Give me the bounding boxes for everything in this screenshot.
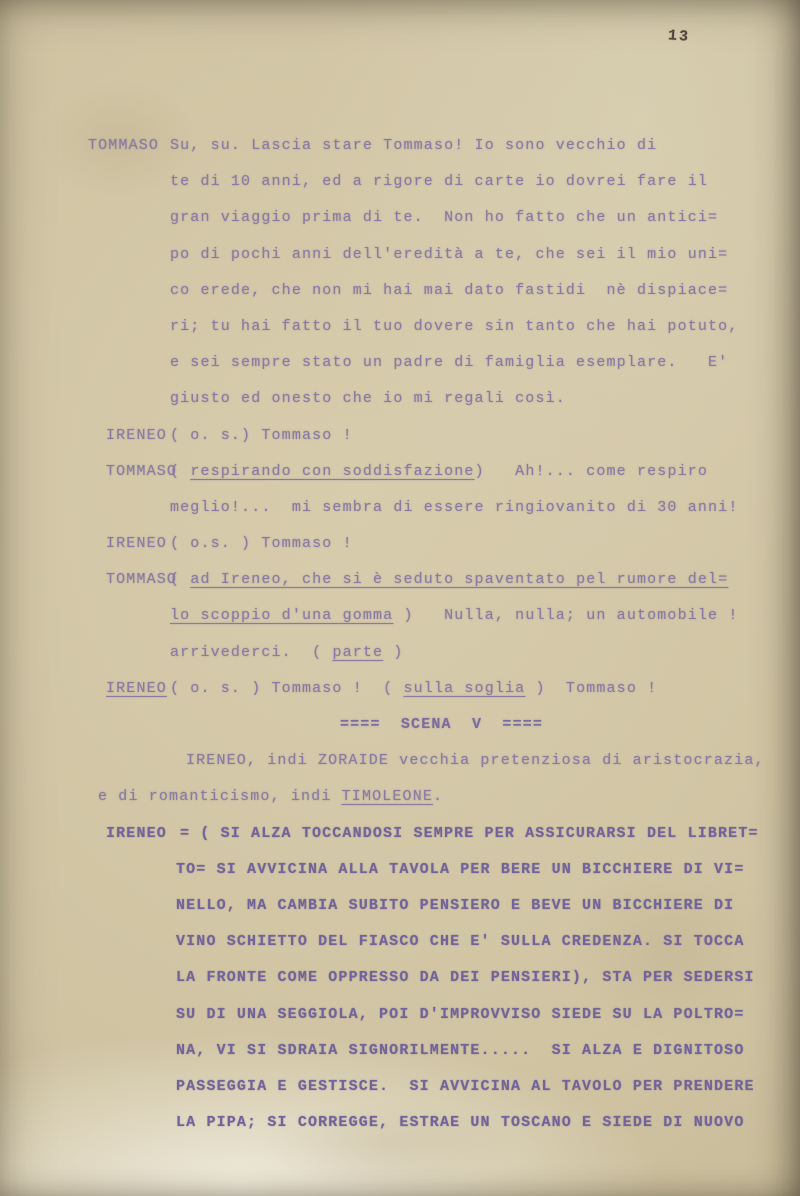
script-line: te di 10 anni, ed a rigore di carte io d… (0, 164, 800, 200)
line-text: giusto ed onesto che io mi regali così. (170, 381, 800, 417)
speaker-name: IRENEO (106, 418, 167, 454)
line-text: ( o. s.) Tommaso ! (170, 418, 800, 454)
line-text: po di pochi anni dell'eredità a te, che … (170, 237, 800, 273)
underlined-text: TIMOLEONE (342, 788, 433, 805)
script-line: LA FRONTE COME OPPRESSO DA DEI PENSIERI)… (0, 960, 800, 996)
script-line: TO= SI AVVICINA ALLA TAVOLA PER BERE UN … (0, 852, 800, 888)
line-text: te di 10 anni, ed a rigore di carte io d… (170, 164, 800, 200)
plain-text: ri; tu hai fatto il tuo dovere sin tanto… (170, 318, 738, 335)
plain-text: NELLO, MA CAMBIA SUBITO PENSIERO E BEVE … (176, 897, 734, 914)
line-text: meglio!... mi sembra di essere ringiovan… (170, 490, 800, 526)
script-line: e di romanticismo, indi TIMOLEONE. (0, 779, 800, 815)
line-text: SU DI UNA SEGGIOLA, POI D'IMPROVVISO SIE… (176, 997, 800, 1033)
plain-text: Su, su. Lascia stare Tommaso! Io sono ve… (170, 137, 657, 154)
line-text: NELLO, MA CAMBIA SUBITO PENSIERO E BEVE … (176, 888, 800, 924)
plain-text: IRENEO, indi ZORAIDE vecchia pretenziosa… (186, 752, 765, 769)
line-text: ==== SCENA V ==== (340, 707, 800, 743)
speaker-name: IRENEO (106, 816, 167, 852)
plain-text: = ( SI ALZA TOCCANDOSI SEMPRE PER ASSICU… (180, 825, 759, 842)
script-line: TOMMASO( respirando con soddisfazione) A… (0, 454, 800, 490)
plain-text: arrivederci. ( (170, 644, 332, 661)
script-line: gran viaggio prima di te. Non ho fatto c… (0, 200, 800, 236)
script-line: IRENEO, indi ZORAIDE vecchia pretenziosa… (0, 743, 800, 779)
script-line: IRENEO( o. s.) Tommaso ! (0, 418, 800, 454)
plain-text: meglio!... mi sembra di essere ringiovan… (170, 499, 738, 516)
plain-text: gran viaggio prima di te. Non ho fatto c… (170, 209, 718, 226)
script-line: ri; tu hai fatto il tuo dovere sin tanto… (0, 309, 800, 345)
script-line: lo scoppio d'una gomma ) Nulla, nulla; u… (0, 598, 800, 634)
script-line: IRENEO( o.s. ) Tommaso ! (0, 526, 800, 562)
line-text: Su, su. Lascia stare Tommaso! Io sono ve… (170, 128, 800, 164)
underlined-text: respirando con soddisfazione (190, 463, 474, 480)
speaker-name: TOMMASO (88, 128, 159, 164)
plain-text: ( o.s. ) Tommaso ! (170, 535, 353, 552)
script-line: PASSEGGIA E GESTISCE. SI AVVICINA AL TAV… (0, 1069, 800, 1105)
line-text: lo scoppio d'una gomma ) Nulla, nulla; u… (170, 598, 800, 634)
underlined-text: ad Ireneo, che si è seduto spaventato pe… (190, 571, 728, 588)
script-line: NELLO, MA CAMBIA SUBITO PENSIERO E BEVE … (0, 888, 800, 924)
plain-text: ) Tommaso ! (525, 680, 657, 697)
line-text: LA FRONTE COME OPPRESSO DA DEI PENSIERI)… (176, 960, 800, 996)
script-line: giusto ed onesto che io mi regali così. (0, 381, 800, 417)
script-lines: TOMMASOSu, su. Lascia stare Tommaso! Io … (0, 128, 800, 1141)
script-line: LA PIPA; SI CORREGGE, ESTRAE UN TOSCANO … (0, 1105, 800, 1141)
speaker-name: TOMMASO (106, 562, 177, 598)
plain-text: ( o. s. ) Tommaso ! ( (170, 680, 403, 697)
script-line: IRENEO( o. s. ) Tommaso ! ( sulla soglia… (0, 671, 800, 707)
line-text: e di romanticismo, indi TIMOLEONE. (98, 779, 800, 815)
line-text: arrivederci. ( parte ) (170, 635, 800, 671)
line-text: ( respirando con soddisfazione) Ah!... c… (170, 454, 800, 490)
script-line: e sei sempre stato un padre di famiglia … (0, 345, 800, 381)
line-text: TO= SI AVVICINA ALLA TAVOLA PER BERE UN … (176, 852, 800, 888)
script-line: TOMMASO( ad Ireneo, che si è seduto spav… (0, 562, 800, 598)
script-line: arrivederci. ( parte ) (0, 635, 800, 671)
underlined-text: lo scoppio d'una gomma (170, 607, 393, 624)
line-text: ri; tu hai fatto il tuo dovere sin tanto… (170, 309, 800, 345)
plain-text: e di romanticismo, indi (98, 788, 342, 805)
line-text: IRENEO, indi ZORAIDE vecchia pretenziosa… (186, 743, 800, 779)
plain-text: giusto ed onesto che io mi regali così. (170, 390, 566, 407)
plain-text: co erede, che non mi hai mai dato fastid… (170, 282, 728, 299)
page-number: 13 (667, 27, 690, 45)
plain-text: ( o. s.) Tommaso ! (170, 427, 353, 444)
line-text: co erede, che non mi hai mai dato fastid… (170, 273, 800, 309)
line-text: = ( SI ALZA TOCCANDOSI SEMPRE PER ASSICU… (180, 816, 800, 852)
script-line: po di pochi anni dell'eredità a te, che … (0, 237, 800, 273)
plain-text: ==== SCENA V ==== (340, 716, 543, 733)
underlined-text: sulla soglia (403, 680, 525, 697)
plain-text: ) Nulla, nulla; un automobile ! (393, 607, 738, 624)
plain-text: . (433, 788, 443, 805)
script-line: ==== SCENA V ==== (0, 707, 800, 743)
script-line: co erede, che non mi hai mai dato fastid… (0, 273, 800, 309)
plain-text: TO= SI AVVICINA ALLA TAVOLA PER BERE UN … (176, 861, 744, 878)
line-text: ( o.s. ) Tommaso ! (170, 526, 800, 562)
script-line: meglio!... mi sembra di essere ringiovan… (0, 490, 800, 526)
underlined-text: parte (332, 644, 383, 661)
plain-text: LA FRONTE COME OPPRESSO DA DEI PENSIERI)… (176, 969, 755, 986)
plain-text: po di pochi anni dell'eredità a te, che … (170, 246, 728, 263)
script-line: IRENEO= ( SI ALZA TOCCANDOSI SEMPRE PER … (0, 816, 800, 852)
line-text: NA, VI SI SDRAIA SIGNORILMENTE..... SI A… (176, 1033, 800, 1069)
line-text: gran viaggio prima di te. Non ho fatto c… (170, 200, 800, 236)
plain-text: VINO SCHIETTO DEL FIASCO CHE E' SULLA CR… (176, 933, 744, 950)
plain-text: NA, VI SI SDRAIA SIGNORILMENTE..... SI A… (176, 1042, 744, 1059)
plain-text: te di 10 anni, ed a rigore di carte io d… (170, 173, 708, 190)
line-text: PASSEGGIA E GESTISCE. SI AVVICINA AL TAV… (176, 1069, 800, 1105)
plain-text: ) (383, 644, 403, 661)
plain-text: PASSEGGIA E GESTISCE. SI AVVICINA AL TAV… (176, 1078, 755, 1095)
line-text: VINO SCHIETTO DEL FIASCO CHE E' SULLA CR… (176, 924, 800, 960)
script-line: SU DI UNA SEGGIOLA, POI D'IMPROVVISO SIE… (0, 997, 800, 1033)
speaker-name: TOMMASO (106, 454, 177, 490)
plain-text: ) Ah!... come respiro (475, 463, 708, 480)
line-text: e sei sempre stato un padre di famiglia … (170, 345, 800, 381)
plain-text: e sei sempre stato un padre di famiglia … (170, 354, 728, 371)
speaker-name: IRENEO (106, 671, 167, 707)
speaker-name: IRENEO (106, 526, 167, 562)
script-line: VINO SCHIETTO DEL FIASCO CHE E' SULLA CR… (0, 924, 800, 960)
line-text: ( ad Ireneo, che si è seduto spaventato … (170, 562, 800, 598)
plain-text: LA PIPA; SI CORREGGE, ESTRAE UN TOSCANO … (176, 1114, 744, 1131)
plain-text: SU DI UNA SEGGIOLA, POI D'IMPROVVISO SIE… (176, 1006, 744, 1023)
script-line: NA, VI SI SDRAIA SIGNORILMENTE..... SI A… (0, 1033, 800, 1069)
line-text: ( o. s. ) Tommaso ! ( sulla soglia ) Tom… (170, 671, 800, 707)
line-text: LA PIPA; SI CORREGGE, ESTRAE UN TOSCANO … (176, 1105, 800, 1141)
script-line: TOMMASOSu, su. Lascia stare Tommaso! Io … (0, 128, 800, 164)
